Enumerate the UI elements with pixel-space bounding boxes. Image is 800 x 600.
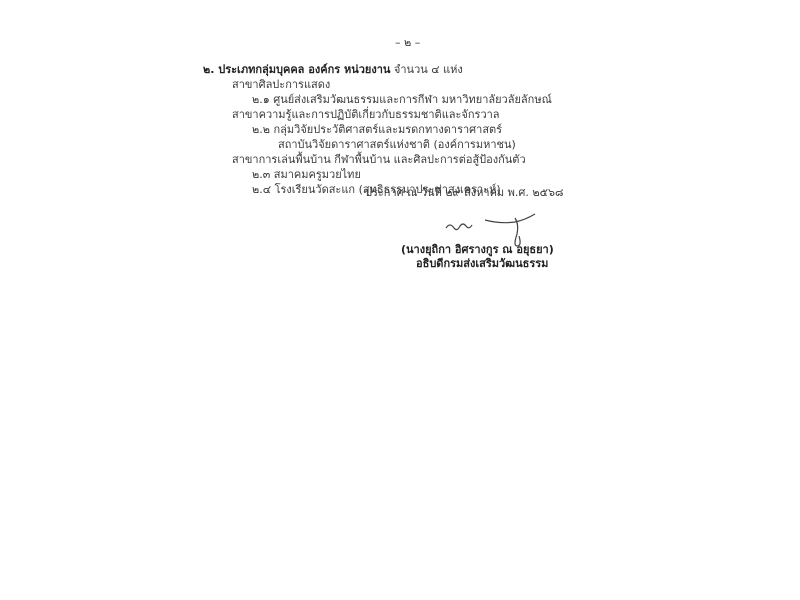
section-heading-bold: ๒. ประเภทกลุ่มบุคคล องค์กร หน่วยงาน (203, 63, 390, 76)
announcement-date: ประกาศ ณ วันที่ ๒๙ สิงหาคม พ.ศ. ๒๕๖๘ (365, 186, 563, 200)
item-2-1: ๒.๑ ศูนย์ส่งเสริมวัฒนธรรมและการกีฬา มหาว… (252, 93, 552, 107)
branch-folk-games: สาขาการเล่นพื้นบ้าน กีฬาพื้นบ้าน และศิลป… (232, 153, 526, 167)
item-2-2-org: สถาบันวิจัยดาราศาสตร์แห่งชาติ (องค์การมห… (278, 138, 516, 152)
item-2-3: ๒.๓ สมาคมครูมวยไทย (252, 168, 361, 182)
signatory-title: อธิบดีกรมส่งเสริมวัฒนธรรม (416, 257, 548, 271)
section-heading: ๒. ประเภทกลุ่มบุคคล องค์กร หน่วยงาน จำนว… (203, 63, 463, 77)
branch-performing-arts: สาขาศิลปะการแสดง (232, 78, 330, 92)
signatory-name: (นางยุถิกา อิศรางกูร ณ อยุธยา) (401, 243, 554, 257)
page-number: – ๒ – (395, 36, 420, 50)
section-heading-count: จำนวน ๔ แห่ง (390, 63, 462, 76)
branch-nature-universe: สาขาความรู้และการปฏิบัติเกี่ยวกับธรรมชาต… (232, 108, 500, 122)
item-2-2: ๒.๒ กลุ่มวิจัยประวัติศาสตร์และมรดกทางดาร… (252, 123, 502, 137)
